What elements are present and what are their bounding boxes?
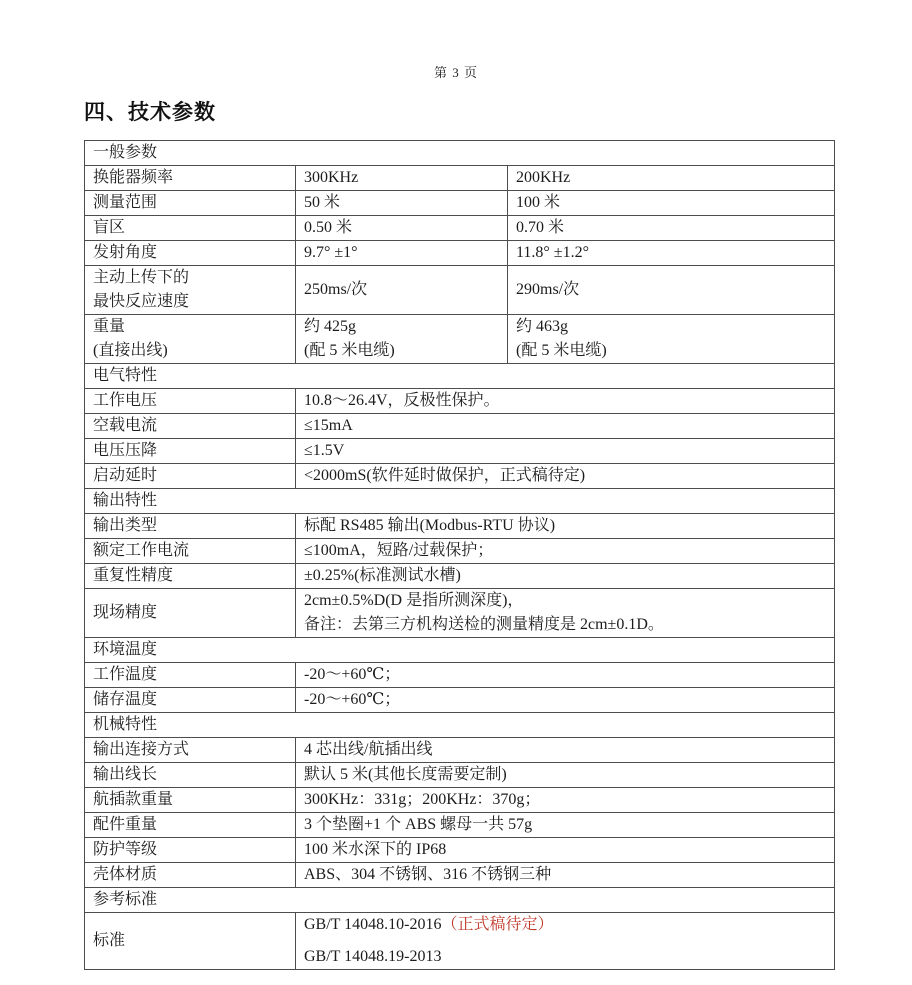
cell-line: 工作温度	[93, 663, 287, 687]
table-row: 输出线长默认 5 米(其他长度需要定制)	[85, 763, 835, 788]
cell-line: 0.50 米	[304, 216, 499, 240]
row-value: 约 463g(配 5 米电缆)	[508, 315, 835, 364]
table-row: 机械特性	[85, 713, 835, 738]
cell-line: 10.8～26.4V，反极性保护。	[304, 389, 826, 413]
table-row: 主动上传下的最快反应速度250ms/次290ms/次	[85, 266, 835, 315]
table-row: 发射角度9.7° ±1°11.8° ±1.2°	[85, 241, 835, 266]
table-row: 输出类型标配 RS485 输出(Modbus-RTU 协议)	[85, 514, 835, 539]
table-row: 重量(直接出线)约 425g(配 5 米电缆)约 463g(配 5 米电缆)	[85, 315, 835, 364]
cell-line: 300KHz	[304, 166, 499, 190]
table-row: 航插款重量300KHz：331g；200KHz：370g；	[85, 788, 835, 813]
cell-line: 工作电压	[93, 389, 287, 413]
cell-line: 290ms/次	[516, 278, 826, 302]
cell-line: <2000mS(软件延时做保护，正式稿待定)	[304, 464, 826, 488]
table-row: 输出连接方式4 芯出线/航插出线	[85, 738, 835, 763]
cell-line: -20～+60℃；	[304, 688, 826, 712]
row-label: 配件重量	[85, 813, 296, 838]
section-header: 参考标准	[85, 888, 835, 913]
cell-line: 电压压降	[93, 439, 287, 463]
row-label: 发射角度	[85, 241, 296, 266]
row-label: 重复性精度	[85, 564, 296, 589]
table-row: 启动延时<2000mS(软件延时做保护，正式稿待定)	[85, 464, 835, 489]
page-number: 第 3 页	[0, 0, 912, 81]
row-value: 2cm±0.5%D(D 是指所测深度)，备注：去第三方机构送检的测量精度是 2c…	[296, 589, 835, 638]
row-value: -20～+60℃；	[296, 688, 835, 713]
cell-line: ≤15mA	[304, 414, 826, 438]
row-value: 约 425g(配 5 米电缆)	[296, 315, 508, 364]
row-value: 3 个垫圈+1 个 ABS 螺母一共 57g	[296, 813, 835, 838]
spec-table: 一般参数换能器频率300KHz200KHz测量范围50 米100 米盲区0.50…	[84, 140, 835, 970]
row-value: ≤1.5V	[296, 439, 835, 464]
row-label: 电压压降	[85, 439, 296, 464]
cell-line: 重复性精度	[93, 564, 287, 588]
cell-line: 盲区	[93, 216, 287, 240]
row-label: 空载电流	[85, 414, 296, 439]
table-row: 额定工作电流≤100mA，短路/过载保护；	[85, 539, 835, 564]
cell-line: 约 463g	[516, 315, 826, 339]
row-value: ≤15mA	[296, 414, 835, 439]
cell-line: 壳体材质	[93, 863, 287, 887]
row-label: 输出连接方式	[85, 738, 296, 763]
table-row: 储存温度-20～+60℃；	[85, 688, 835, 713]
row-label: 换能器频率	[85, 166, 296, 191]
row-label: 重量(直接出线)	[85, 315, 296, 364]
section-header: 环境温度	[85, 638, 835, 663]
cell-line: (配 5 米电缆)	[304, 339, 499, 363]
table-row: 壳体材质ABS、304 不锈钢、316 不锈钢三种	[85, 863, 835, 888]
table-row: 标准GB/T 14048.10-2016（正式稿待定）GB/T 14048.19…	[85, 913, 835, 970]
table-row: 电压压降≤1.5V	[85, 439, 835, 464]
row-label: 额定工作电流	[85, 539, 296, 564]
cell-line: GB/T 14048.19-2013	[304, 945, 826, 969]
row-value: 50 米	[296, 191, 508, 216]
text-segment: GB/T 14048.10-2016	[304, 916, 441, 933]
row-value: -20～+60℃；	[296, 663, 835, 688]
cell-line: 输出连接方式	[93, 738, 287, 762]
table-row: 盲区0.50 米0.70 米	[85, 216, 835, 241]
row-value: 9.7° ±1°	[296, 241, 508, 266]
cell-line: 空载电流	[93, 414, 287, 438]
table-row: 工作电压10.8～26.4V，反极性保护。	[85, 389, 835, 414]
spec-table-body: 一般参数换能器频率300KHz200KHz测量范围50 米100 米盲区0.50…	[85, 141, 835, 970]
table-row: 电气特性	[85, 364, 835, 389]
cell-line: 标配 RS485 输出(Modbus-RTU 协议)	[304, 514, 826, 538]
cell-line: 环境温度	[93, 638, 826, 662]
table-row: 空载电流≤15mA	[85, 414, 835, 439]
cell-line: (配 5 米电缆)	[516, 339, 826, 363]
row-value: 标配 RS485 输出(Modbus-RTU 协议)	[296, 514, 835, 539]
row-label: 盲区	[85, 216, 296, 241]
row-value: 300KHz	[296, 166, 508, 191]
row-value: 11.8° ±1.2°	[508, 241, 835, 266]
cell-line: 100 米	[516, 191, 826, 215]
row-label: 储存温度	[85, 688, 296, 713]
cell-line: 主动上传下的	[93, 266, 287, 290]
cell-line: (直接出线)	[93, 339, 287, 363]
row-value: 290ms/次	[508, 266, 835, 315]
table-row: 环境温度	[85, 638, 835, 663]
row-value: ABS、304 不锈钢、316 不锈钢三种	[296, 863, 835, 888]
row-value: 250ms/次	[296, 266, 508, 315]
table-row: 工作温度-20～+60℃；	[85, 663, 835, 688]
cell-line: 3 个垫圈+1 个 ABS 螺母一共 57g	[304, 813, 826, 837]
cell-line: 0.70 米	[516, 216, 826, 240]
row-label: 输出类型	[85, 514, 296, 539]
page-title: 四、技术参数	[84, 96, 912, 126]
cell-line: 机械特性	[93, 713, 826, 737]
row-value: 200KHz	[508, 166, 835, 191]
cell-line: 4 芯出线/航插出线	[304, 738, 826, 762]
cell-line: 防护等级	[93, 838, 287, 862]
cell-line: 100 米水深下的 IP68	[304, 838, 826, 862]
cell-line: 备注：去第三方机构送检的测量精度是 2cm±0.1D。	[304, 613, 826, 637]
cell-line: 输出类型	[93, 514, 287, 538]
cell-line: 测量范围	[93, 191, 287, 215]
cell-line: 现场精度	[93, 601, 287, 625]
highlighted-text: （正式稿待定）	[441, 916, 553, 933]
cell-line: 电气特性	[93, 364, 826, 388]
section-header: 机械特性	[85, 713, 835, 738]
row-label: 工作温度	[85, 663, 296, 688]
section-header: 一般参数	[85, 141, 835, 166]
cell-line: 输出特性	[93, 489, 826, 513]
cell-line: 输出线长	[93, 763, 287, 787]
row-label: 输出线长	[85, 763, 296, 788]
row-value: ≤100mA，短路/过载保护；	[296, 539, 835, 564]
cell-line: 一般参数	[93, 141, 826, 165]
cell-line: 最快反应速度	[93, 290, 287, 314]
cell-line: 航插款重量	[93, 788, 287, 812]
row-value: GB/T 14048.10-2016（正式稿待定）GB/T 14048.19-2…	[296, 913, 835, 970]
cell-line: 50 米	[304, 191, 499, 215]
row-value: 300KHz：331g；200KHz：370g；	[296, 788, 835, 813]
table-row: 输出特性	[85, 489, 835, 514]
cell-line: 标准	[93, 929, 287, 953]
cell-line: -20～+60℃；	[304, 663, 826, 687]
row-value: 4 芯出线/航插出线	[296, 738, 835, 763]
cell-line: 200KHz	[516, 166, 826, 190]
row-value: 100 米水深下的 IP68	[296, 838, 835, 863]
cell-line: 9.7° ±1°	[304, 241, 499, 265]
row-value: 0.70 米	[508, 216, 835, 241]
row-label: 现场精度	[85, 589, 296, 638]
cell-line: GB/T 14048.10-2016（正式稿待定）	[304, 913, 826, 937]
row-value: 10.8～26.4V，反极性保护。	[296, 389, 835, 414]
cell-line: 默认 5 米(其他长度需要定制)	[304, 763, 826, 787]
row-label: 壳体材质	[85, 863, 296, 888]
table-row: 重复性精度±0.25%(标准测试水槽)	[85, 564, 835, 589]
cell-line: 配件重量	[93, 813, 287, 837]
table-row: 换能器频率300KHz200KHz	[85, 166, 835, 191]
cell-line: 换能器频率	[93, 166, 287, 190]
cell-line: 额定工作电流	[93, 539, 287, 563]
row-label: 测量范围	[85, 191, 296, 216]
cell-line: 11.8° ±1.2°	[516, 241, 826, 265]
row-label: 航插款重量	[85, 788, 296, 813]
cell-line: 启动延时	[93, 464, 287, 488]
section-header: 电气特性	[85, 364, 835, 389]
cell-line: 300KHz：331g；200KHz：370g；	[304, 788, 826, 812]
row-value: 100 米	[508, 191, 835, 216]
table-row: 参考标准	[85, 888, 835, 913]
table-row: 现场精度2cm±0.5%D(D 是指所测深度)，备注：去第三方机构送检的测量精度…	[85, 589, 835, 638]
cell-line: 重量	[93, 315, 287, 339]
cell-line: ≤100mA，短路/过载保护；	[304, 539, 826, 563]
cell-line: 储存温度	[93, 688, 287, 712]
cell-line: 发射角度	[93, 241, 287, 265]
cell-line: 参考标准	[93, 888, 826, 912]
cell-line: ±0.25%(标准测试水槽)	[304, 564, 826, 588]
row-value: ±0.25%(标准测试水槽)	[296, 564, 835, 589]
table-row: 一般参数	[85, 141, 835, 166]
row-label: 启动延时	[85, 464, 296, 489]
row-value: 默认 5 米(其他长度需要定制)	[296, 763, 835, 788]
row-label: 主动上传下的最快反应速度	[85, 266, 296, 315]
cell-line: 2cm±0.5%D(D 是指所测深度)，	[304, 589, 826, 613]
cell-line: ABS、304 不锈钢、316 不锈钢三种	[304, 863, 826, 887]
table-row: 测量范围50 米100 米	[85, 191, 835, 216]
table-row: 配件重量3 个垫圈+1 个 ABS 螺母一共 57g	[85, 813, 835, 838]
cell-line: ≤1.5V	[304, 439, 826, 463]
section-header: 输出特性	[85, 489, 835, 514]
row-value: 0.50 米	[296, 216, 508, 241]
cell-line: 约 425g	[304, 315, 499, 339]
row-label: 防护等级	[85, 838, 296, 863]
table-row: 防护等级100 米水深下的 IP68	[85, 838, 835, 863]
row-label: 标准	[85, 913, 296, 970]
cell-line: 250ms/次	[304, 278, 499, 302]
row-value: <2000mS(软件延时做保护，正式稿待定)	[296, 464, 835, 489]
row-label: 工作电压	[85, 389, 296, 414]
